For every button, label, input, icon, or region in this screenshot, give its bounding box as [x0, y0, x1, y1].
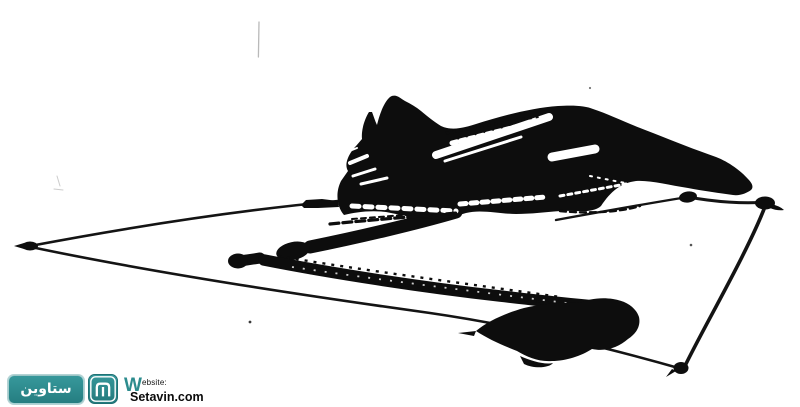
watermark: ستاوین Website: Setavin.com [8, 370, 204, 404]
website-label: Website: [124, 378, 204, 391]
website-label-rest: ebsite: [142, 378, 167, 387]
ink-sketch [0, 0, 800, 407]
setavin-logo-icon [88, 374, 118, 404]
brand-name-farsi: ستاوین [20, 381, 71, 397]
brush-stroke-sweep [264, 260, 618, 308]
website-text-block: Website: Setavin.com [124, 378, 204, 405]
brush-strokes [228, 212, 618, 310]
bottom-ink-blob [458, 298, 639, 367]
artwork-canvas: ستاوین Website: Setavin.com [0, 0, 800, 407]
brand-badge-farsi: ستاوین [8, 375, 84, 404]
main-ink-mass [330, 96, 752, 224]
site-domain: Setavin.com [130, 391, 204, 404]
